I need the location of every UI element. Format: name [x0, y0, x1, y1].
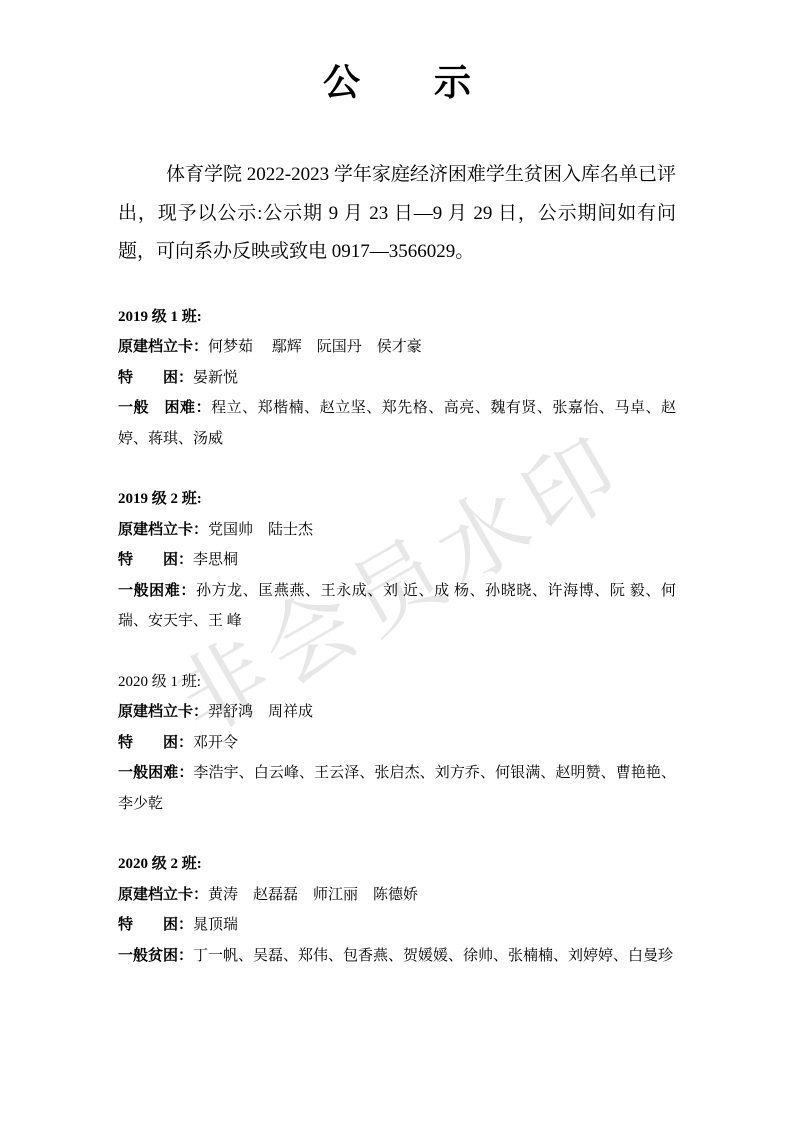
- section-header: 2020 级 1 班:: [118, 667, 676, 698]
- entry-names: 何梦茹 鄢辉 阮国丹 侯才豪: [208, 339, 422, 355]
- entry-label: 原建档立卡：: [118, 339, 208, 355]
- entry-label: 一般 困难：: [118, 400, 211, 416]
- entry-row: 特 困：晏新悦: [118, 363, 676, 394]
- entry-row: 一般 困难：程立、郑楷楠、赵立坚、郑先格、高亮、魏有贤、张嘉怡、马卓、赵婷、蒋琪…: [118, 393, 676, 454]
- entry-row: 一般困难：孙方龙、匡燕燕、王永成、刘 近、成 杨、孙晓晓、许海博、阮 毅、何 瑞…: [118, 576, 676, 637]
- page-title: 公 示: [118, 62, 676, 106]
- entry-names: 羿舒鸿 周祥成: [208, 704, 313, 720]
- entry-label: 特 困：: [118, 735, 193, 751]
- section-class-2019-2: 2019 级 2 班: 原建档立卡：党国帅 陆士杰 特 困：李思桐 一般困难：孙…: [118, 484, 676, 637]
- entry-label: 一般困难：: [118, 765, 193, 781]
- entry-label: 原建档立卡：: [118, 704, 208, 720]
- entry-names: 邓开令: [193, 735, 238, 751]
- entry-row: 特 困：晁顶瑞: [118, 910, 676, 941]
- entry-names: 黄涛 赵磊磊 师江丽 陈德娇: [208, 887, 418, 903]
- entry-names: 李思桐: [193, 552, 238, 568]
- entry-row: 原建档立卡：何梦茹 鄢辉 阮国丹 侯才豪: [118, 332, 676, 363]
- entry-label: 特 困：: [118, 552, 193, 568]
- entry-row: 原建档立卡：黄涛 赵磊磊 师江丽 陈德娇: [118, 880, 676, 911]
- entry-names: 晏新悦: [193, 370, 238, 386]
- entry-label: 一般困难：: [118, 583, 196, 599]
- entry-names: 丁一帆、吴磊、郑伟、包香燕、贺媛媛、徐帅、张楠楠、刘婷婷、白曼珍: [193, 948, 673, 964]
- entry-row: 一般贫困：丁一帆、吴磊、郑伟、包香燕、贺媛媛、徐帅、张楠楠、刘婷婷、白曼珍: [118, 941, 676, 972]
- entry-names: 党国帅 陆士杰: [208, 522, 313, 538]
- section-class-2019-1: 2019 级 1 班: 原建档立卡：何梦茹 鄢辉 阮国丹 侯才豪 特 困：晏新悦…: [118, 302, 676, 455]
- section-header: 2020 级 2 班:: [118, 849, 676, 880]
- entry-names: 孙方龙、匡燕燕、王永成、刘 近、成 杨、孙晓晓、许海博、阮 毅、何 瑞、安天宇、…: [118, 583, 676, 630]
- section-header: 2019 级 2 班:: [118, 484, 676, 515]
- entry-label: 特 困：: [118, 917, 193, 933]
- entry-label: 原建档立卡：: [118, 522, 208, 538]
- document-content: 公 示 体育学院 2022-2023 学年家庭经济困难学生贫困入库名单已评出，现…: [118, 0, 676, 971]
- intro-paragraph: 体育学院 2022-2023 学年家庭经济困难学生贫困入库名单已评出，现予以公示…: [118, 156, 676, 272]
- entry-label: 原建档立卡：: [118, 887, 208, 903]
- section-class-2020-2: 2020 级 2 班: 原建档立卡：黄涛 赵磊磊 师江丽 陈德娇 特 困：晁顶瑞…: [118, 849, 676, 971]
- section-header: 2019 级 1 班:: [118, 302, 676, 333]
- entry-row: 特 困：李思桐: [118, 545, 676, 576]
- entry-row: 一般困难：李浩宇、白云峰、王云泽、张启杰、刘方乔、何银满、赵明赞、曹艳艳、李少乾: [118, 758, 676, 819]
- section-class-2020-1: 2020 级 1 班: 原建档立卡：羿舒鸿 周祥成 特 困：邓开令 一般困难：李…: [118, 667, 676, 820]
- entry-label: 特 困：: [118, 370, 193, 386]
- entry-label: 一般贫困：: [118, 948, 193, 964]
- entry-row: 原建档立卡：羿舒鸿 周祥成: [118, 697, 676, 728]
- entry-row: 原建档立卡：党国帅 陆士杰: [118, 515, 676, 546]
- entry-names: 晁顶瑞: [193, 917, 238, 933]
- entry-row: 特 困：邓开令: [118, 728, 676, 759]
- page-root: 非会员水印 公 示 体育学院 2022-2023 学年家庭经济困难学生贫困入库名…: [0, 0, 793, 1122]
- entry-names: 李浩宇、白云峰、王云泽、张启杰、刘方乔、何银满、赵明赞、曹艳艳、李少乾: [118, 765, 676, 812]
